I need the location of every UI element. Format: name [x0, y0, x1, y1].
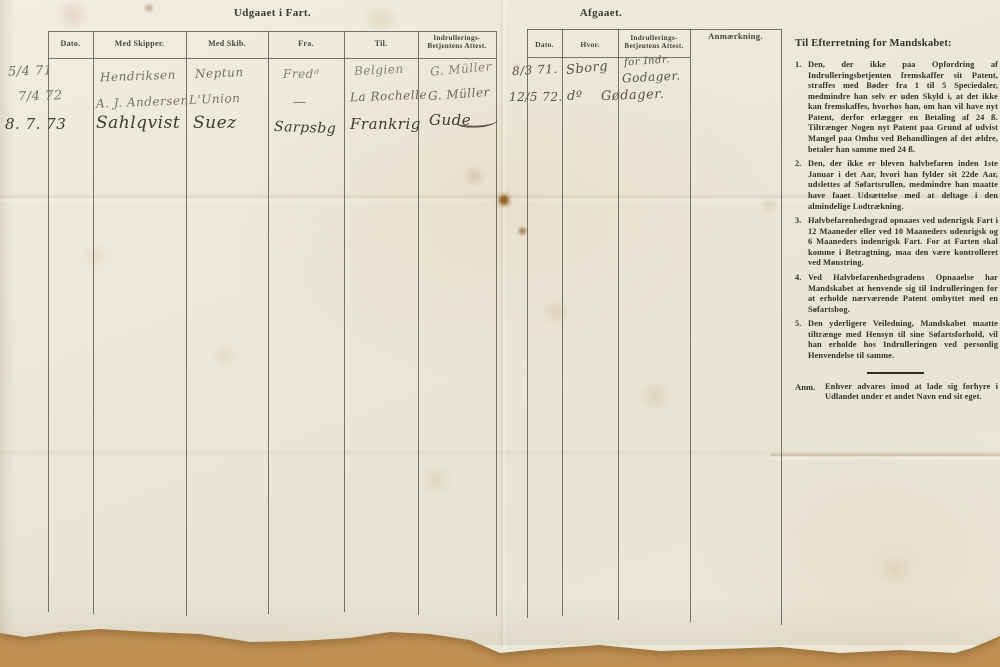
right-col-divider	[562, 29, 563, 616]
notice-list: 1. Den, der ikke paa Opfordring af Indru…	[795, 60, 998, 362]
entry-attest-signature: Gødager.	[601, 87, 665, 104]
stain	[540, 300, 572, 324]
stain	[460, 166, 488, 186]
notice-item-number: 5.	[795, 319, 808, 361]
stain	[415, 465, 457, 495]
entry-ship: L'Union	[189, 91, 241, 107]
left-col-divider	[93, 31, 94, 614]
stain	[756, 196, 782, 214]
right-col-divider	[690, 29, 691, 622]
left-col-divider	[186, 31, 187, 616]
notice-item: 4. Ved Halvbefarenhedsgradens Opnaaelse …	[795, 273, 998, 315]
entry-date: 12/5 72.	[509, 90, 563, 104]
notice-item-number: 2.	[795, 159, 808, 212]
fold-hole	[494, 190, 514, 210]
left-table-top-border	[48, 31, 496, 32]
stain	[52, 2, 94, 28]
notice-item: 3. Halvbefarenhedsgrad opnaaes ved udenr…	[795, 216, 998, 269]
entry-from-ditto: —	[293, 95, 307, 110]
notice-item-text: Halvbefarenhedsgrad opnaaes ved udenrigs…	[808, 216, 998, 269]
left-header-fra: Fra.	[268, 39, 344, 48]
left-col-divider	[268, 31, 269, 614]
entry-date: 5/4 71	[8, 63, 53, 80]
notice-remark-text: Enhver advares imod at lade sig forhyre …	[825, 382, 998, 403]
entry-skipper: Sahlqvist	[96, 113, 180, 133]
bottom-edge-shade	[0, 595, 1000, 645]
entry-ship: Suez	[193, 113, 237, 133]
entry-to: Frankrig	[350, 115, 421, 133]
notice-item-number: 1.	[795, 60, 808, 155]
right-table-top-border	[527, 29, 781, 30]
entry-attest-signature: G. Müller	[428, 85, 491, 103]
right-tear-crease	[770, 450, 1000, 461]
notice-column: Til Efterretning for Mandskabet: 1. Den,…	[795, 38, 998, 403]
stain	[874, 556, 916, 582]
entry-to: La Rochelle	[350, 88, 427, 105]
stain	[210, 345, 240, 367]
entry-skipper: A. J. Andersen	[96, 93, 189, 110]
remark-column-header: Anmærkning.	[690, 31, 781, 41]
entry-date: 7/4 72	[18, 88, 63, 105]
stain	[142, 3, 156, 13]
scanned-document: Udgaaet i Fart. Dato. Med Skipper. Med S…	[0, 0, 1000, 667]
left-header-skipper: Med Skipper.	[93, 39, 186, 48]
notice-item-number: 4.	[795, 273, 808, 315]
entry-from: Sarpsbg	[274, 119, 337, 137]
right-header-dato: Dato.	[527, 40, 562, 49]
notice-item-text: Den, der ikke er bleven halvbefaren inde…	[808, 159, 998, 212]
entry-date: 8/3 71.	[512, 62, 558, 78]
notice-remark: Anm. Enhver advares imod at lade sig for…	[795, 382, 998, 403]
notice-item: 2. Den, der ikke er bleven halvbefaren i…	[795, 159, 998, 212]
left-table-title: Udgaaet i Fart.	[175, 7, 370, 19]
right-header-hvor: Hvor.	[562, 40, 618, 49]
notice-item-text: Den yderligere Veiledning, Mandskabet ma…	[808, 319, 998, 361]
left-col-divider	[344, 31, 345, 612]
horizontal-crease-lower	[0, 449, 1000, 457]
right-table-title: Afgaaet.	[546, 7, 656, 19]
signature-flourish	[456, 111, 499, 129]
notice-item: 5. Den yderligere Veiledning, Mandskabet…	[795, 319, 998, 361]
entry-attest-signature: G. Müller	[430, 59, 493, 78]
notice-heading: Til Efterretning for Mandskabet:	[795, 38, 998, 49]
entry-place-ditto: dº	[567, 89, 582, 104]
left-header-attest: Indrullerings-Betjentens Attest.	[420, 34, 494, 51]
paper-shadow-wrap: Udgaaet i Fart. Dato. Med Skipper. Med S…	[0, 0, 1000, 667]
notice-remark-label: Anm.	[795, 382, 825, 403]
entry-attest-note: for Indr.	[624, 54, 670, 68]
entry-from: Fredᵈ	[283, 67, 319, 81]
entry-place: Sborg	[565, 59, 608, 78]
entry-ship: Neptun	[195, 65, 244, 81]
entry-skipper: Hendriksen	[100, 68, 176, 85]
notice-divider-rule	[867, 372, 924, 374]
right-header-attest: Indrullerings-Betjentens Attest.	[620, 34, 688, 51]
right-col-divider	[618, 29, 619, 620]
entry-to: Belgien	[354, 62, 404, 79]
vertical-fold-crease	[499, 0, 507, 648]
entry-date: 8. 7. 73	[5, 115, 66, 133]
entry-attest-signature: Godager.	[622, 68, 681, 85]
left-header-til: Til.	[344, 39, 418, 48]
remark-column-border-right	[781, 29, 782, 625]
right-table-border-left	[527, 29, 528, 618]
notice-item-number: 3.	[795, 216, 808, 269]
notice-item-text: Ved Halvbefarenhedsgradens Opnaaelse har…	[808, 273, 998, 315]
left-edge-shade	[0, 0, 14, 640]
notice-item-text: Den, der ikke paa Opfordring af Indrulle…	[808, 60, 998, 155]
paper-sheet: Udgaaet i Fart. Dato. Med Skipper. Med S…	[0, 0, 1000, 667]
stain	[80, 244, 112, 268]
stain	[636, 382, 674, 410]
left-table-header-underline	[48, 58, 496, 59]
left-header-dato: Dato.	[48, 39, 93, 48]
left-header-skib: Med Skib.	[186, 39, 268, 48]
notice-item: 1. Den, der ikke paa Opfordring af Indru…	[795, 60, 998, 155]
